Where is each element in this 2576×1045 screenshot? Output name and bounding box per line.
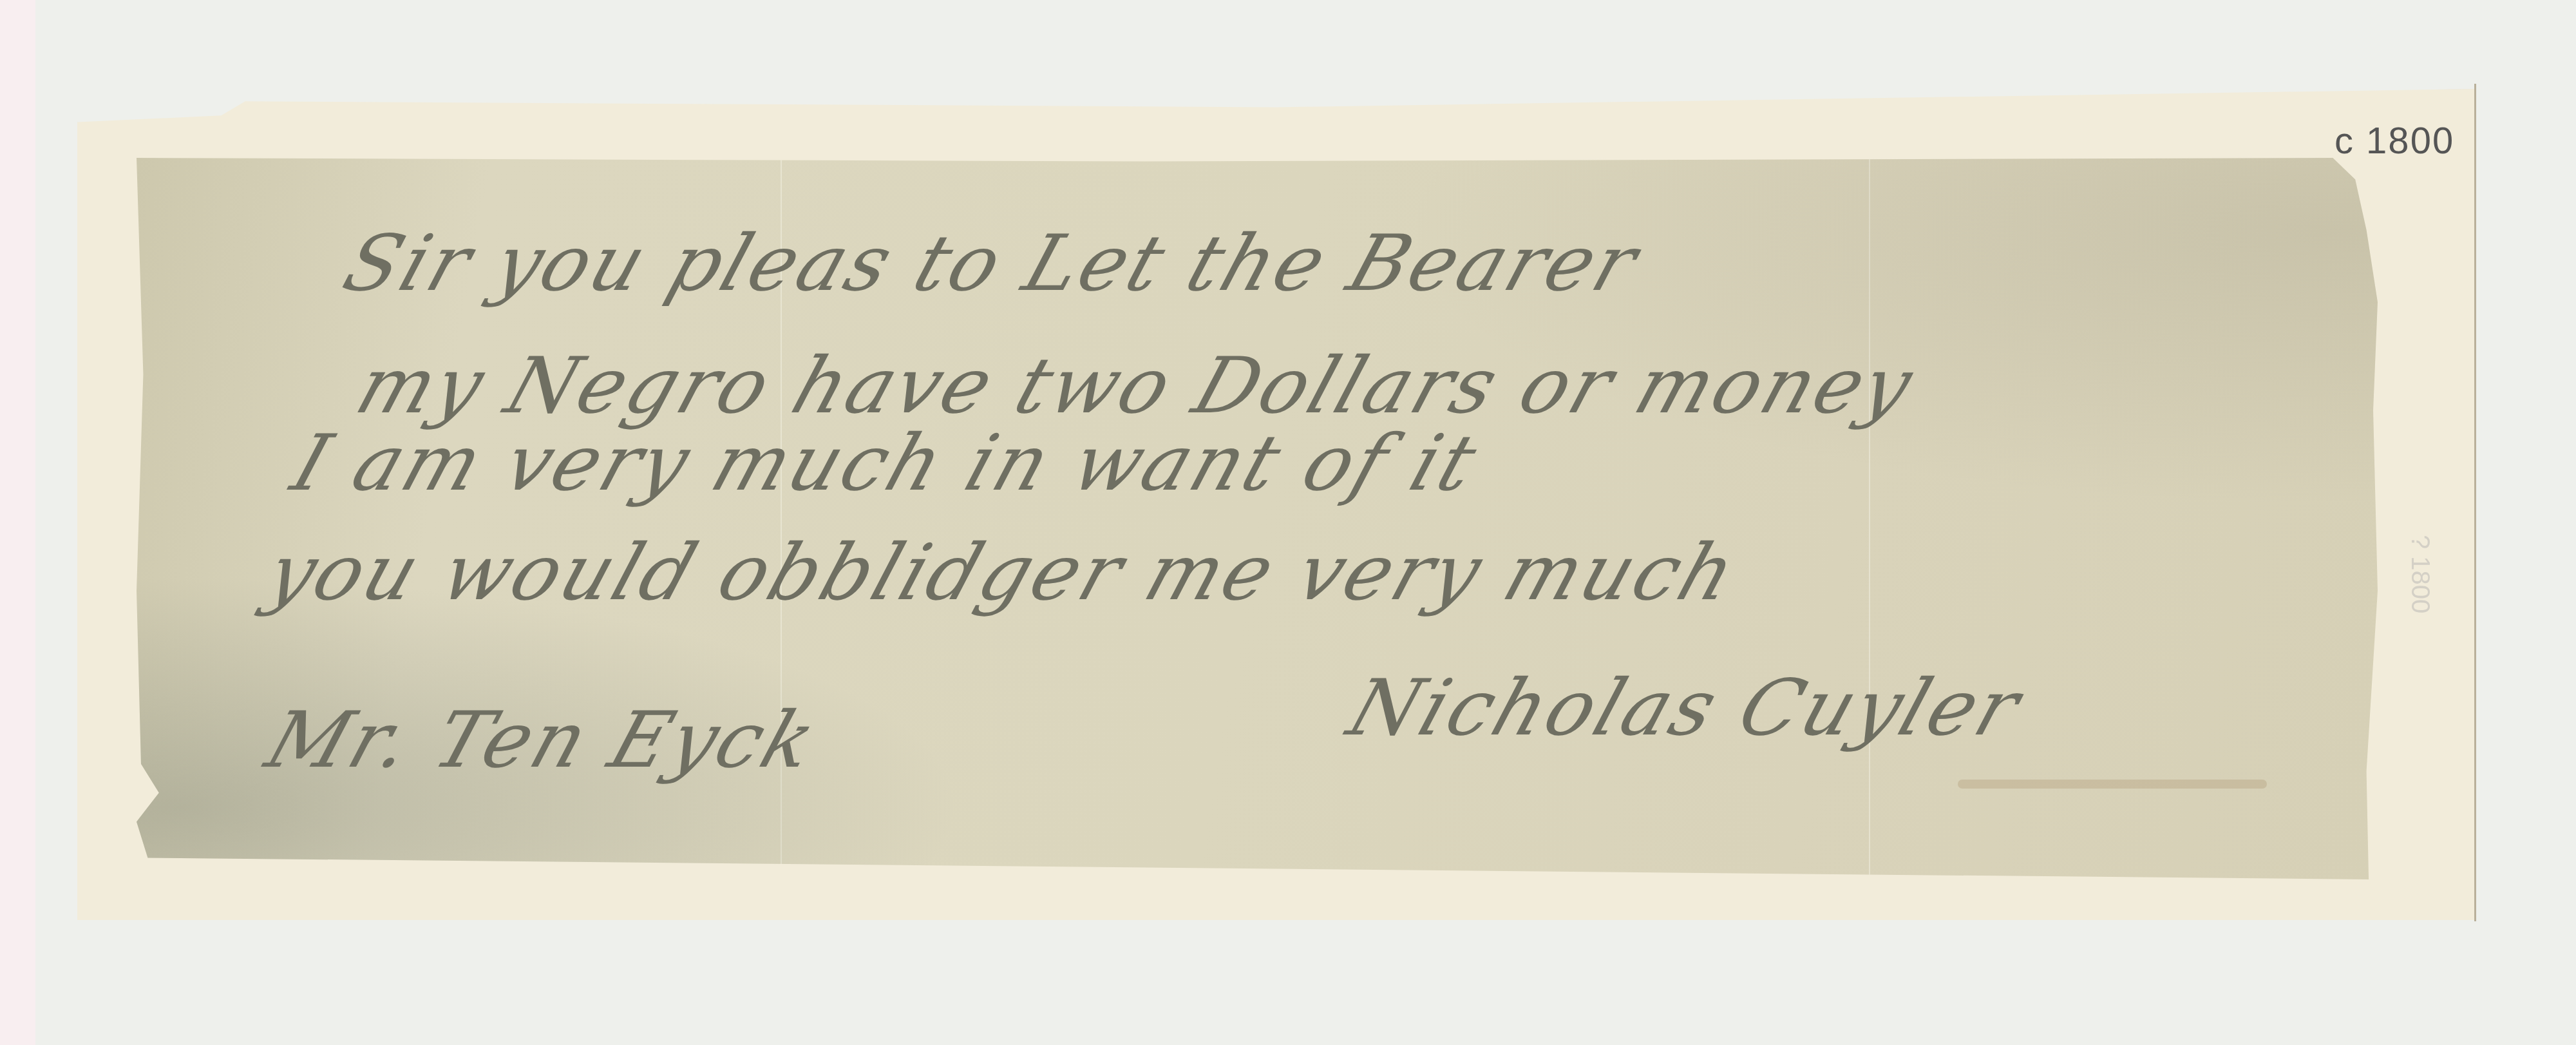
archival-date-annotation: c 1800 bbox=[2334, 119, 2454, 162]
mount-edge bbox=[2474, 84, 2476, 921]
left-border-strip bbox=[0, 0, 35, 1045]
addressee: Mr. Ten Eyck bbox=[256, 696, 828, 785]
body-line-4: you would obblidger me very much bbox=[256, 528, 1748, 618]
signature: Nicholas Cuyler bbox=[1338, 664, 2032, 753]
faint-margin-mark: ? 1800 bbox=[2405, 535, 2434, 613]
body-line-1: Sir you pleas to Let the Bearer bbox=[333, 219, 1650, 309]
body-line-2: my Negro have two Dollars or money bbox=[346, 341, 1925, 431]
body-line-3: I am very much in want of it bbox=[281, 419, 1489, 508]
fold-line bbox=[1869, 158, 1870, 879]
ink-stain bbox=[1958, 780, 2267, 789]
